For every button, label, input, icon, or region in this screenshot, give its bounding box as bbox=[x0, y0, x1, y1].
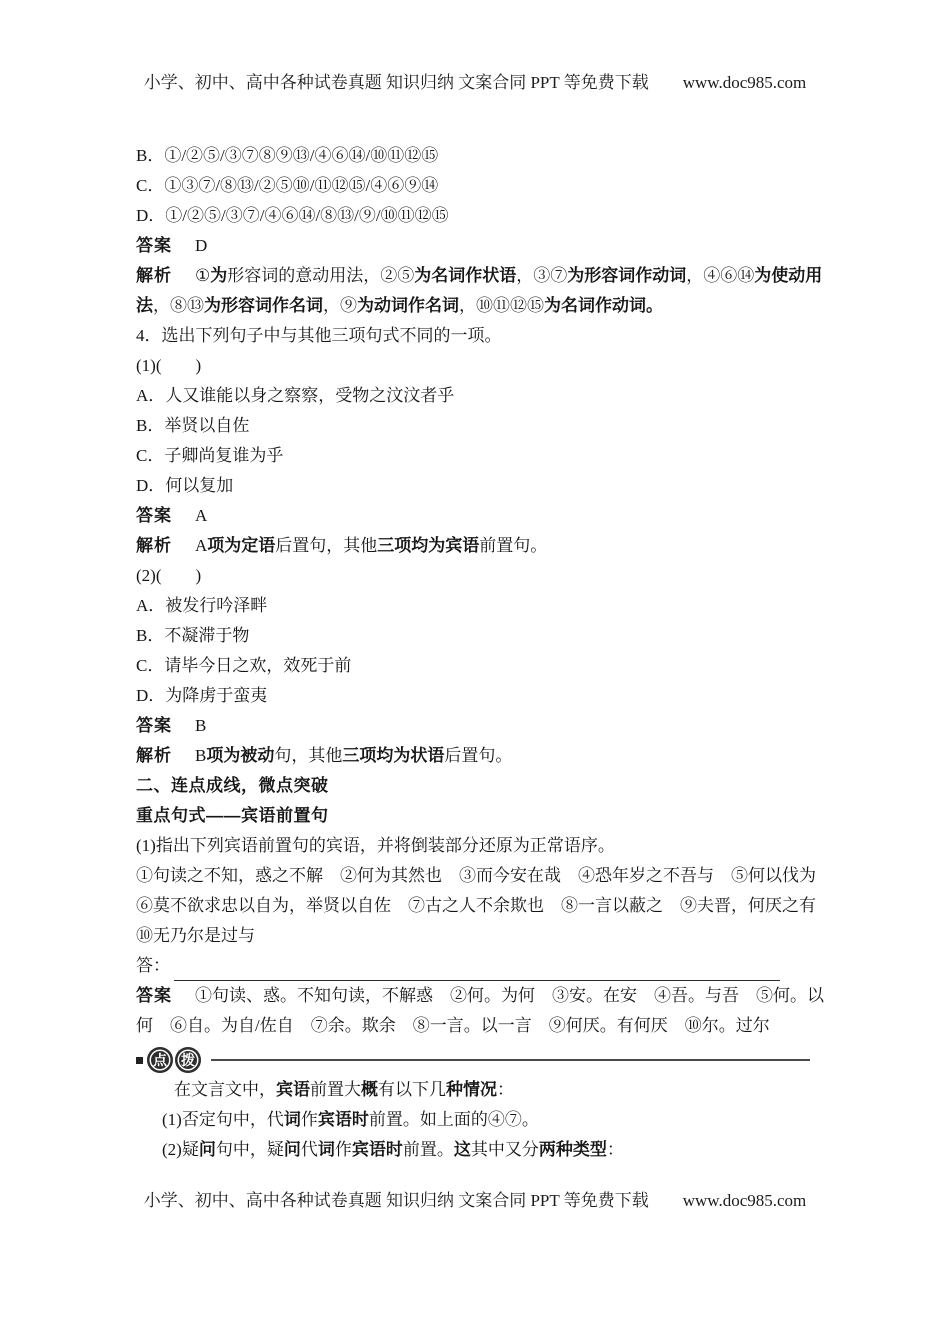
answer-blank-line bbox=[174, 956, 780, 981]
analysis-label: 解析 bbox=[136, 536, 172, 555]
q4-2-analysis-text: B项为被动句，其他三项均为状语后置句。 bbox=[195, 746, 512, 765]
q4-2-option-a: A．被发行吟泽畔 bbox=[136, 591, 818, 621]
analysis-label: 解析 bbox=[136, 746, 172, 765]
section-subheading: 重点句式——宾语前置句 bbox=[136, 801, 818, 831]
q3-answer-row: 答案D bbox=[136, 231, 818, 261]
q4-2-answer-row: 答案B bbox=[136, 711, 818, 741]
page-header: 小学、初中、高中各种试卷真题 知识归纳 文案合同 PPT 等免费下载www.do… bbox=[0, 68, 950, 93]
q4-title: 4．选出下列句子中与其他三项句式不同的一项。 bbox=[136, 321, 818, 351]
tip-line-2: (1)否定句中，代词作宾语时前置。如上面的④⑦。 bbox=[136, 1105, 818, 1135]
q4-2-analysis-row: 解析B项为被动句，其他三项均为状语后置句。 bbox=[136, 741, 818, 771]
answer-label: 答案 bbox=[136, 236, 172, 255]
q3-answer-value: D bbox=[195, 236, 207, 255]
tip-badge: 点 拨 bbox=[136, 1045, 818, 1075]
page-footer: 小学、初中、高中各种试卷真题 知识归纳 文案合同 PPT 等免费下载www.do… bbox=[0, 1186, 950, 1211]
tip-divider-line bbox=[211, 1059, 810, 1061]
q4-1-option-a: A．人又谁能以身之察察，受物之汶汶者乎 bbox=[136, 381, 818, 411]
section2-answer-line1: ①句读、惑。不知句读，不解惑 ②何。为何 ③安。在安 ④吾。与吾 ⑤何。以 bbox=[195, 986, 824, 1005]
document-page: 小学、初中、高中各种试卷真题 知识归纳 文案合同 PPT 等免费下载www.do… bbox=[0, 0, 950, 1344]
q3-option-b: B．①/②⑤/③⑦⑧⑨⑬/④⑥⑭/⑩⑪⑫⑮ bbox=[136, 141, 818, 171]
q4-2-option-c: C．请毕今日之欢，效死于前 bbox=[136, 651, 818, 681]
sentence-list-line-2: ⑥莫不欲求忠以自为，举贤以自佐 ⑦古之人不余欺也 ⑧一言以蔽之 ⑨夫晋，何厌之有 bbox=[136, 891, 818, 921]
q3-analysis-line2: 法，⑧⑬为形容词作名词，⑨为动词作名词，⑩⑪⑫⑮为名词作动词。 bbox=[136, 291, 818, 321]
q4-2-option-b: B．不凝滞于物 bbox=[136, 621, 818, 651]
q4-1-analysis-text: A项为定语后置句，其他三项均为宾语前置句。 bbox=[195, 536, 547, 555]
analysis-label: 解析 bbox=[136, 266, 172, 285]
q4-2-answer-value: B bbox=[195, 716, 206, 735]
q4-1-option-d: D．何以复加 bbox=[136, 471, 818, 501]
footer-site-url: www.doc985.com bbox=[683, 1191, 807, 1210]
section-heading: 二、连点成线，微点突破 bbox=[136, 771, 818, 801]
section2-answer-line2: 何 ⑥自。为自/佐自 ⑦余。欺余 ⑧一言。以一言 ⑨何厌。有何厌 ⑩尔。过尔 bbox=[136, 1011, 818, 1041]
answer-prompt: 答： bbox=[136, 951, 170, 981]
section-intro: (1)指出下列宾语前置句的宾语，并将倒装部分还原为正常语序。 bbox=[136, 831, 818, 861]
answer-label: 答案 bbox=[136, 716, 172, 735]
footer-slogan: 小学、初中、高中各种试卷真题 知识归纳 文案合同 PPT 等免费下载 bbox=[144, 1191, 649, 1210]
q3-analysis-row: 解析①为形容词的意动用法，②⑤为名词作状语，③⑦为形容词作动词，④⑥⑭为使动用 bbox=[136, 261, 818, 291]
q4-1-answer-value: A bbox=[195, 506, 207, 525]
q4-2-option-d: D．为降虏于蛮夷 bbox=[136, 681, 818, 711]
answer-label: 答案 bbox=[136, 986, 172, 1005]
header-slogan: 小学、初中、高中各种试卷真题 知识归纳 文案合同 PPT 等免费下载 bbox=[144, 73, 649, 92]
answer-label: 答案 bbox=[136, 506, 172, 525]
q4-2-stem: (2)( ) bbox=[136, 561, 818, 591]
q4-1-analysis-row: 解析A项为定语后置句，其他三项均为宾语前置句。 bbox=[136, 531, 818, 561]
tip-line-1: 在文言文中，宾语前置大概有以下几种情况： bbox=[136, 1075, 818, 1105]
q4-1-option-b: B．举贤以自佐 bbox=[136, 411, 818, 441]
tip-bullet-square-icon bbox=[136, 1057, 143, 1064]
tip-badge-dian-icon: 点 bbox=[147, 1047, 173, 1073]
q4-1-stem: (1)( ) bbox=[136, 351, 818, 381]
q3-option-c: C．①③⑦/⑧⑬/②⑤⑩/⑪⑫⑮/④⑥⑨⑭ bbox=[136, 171, 818, 201]
document-content: B．①/②⑤/③⑦⑧⑨⑬/④⑥⑭/⑩⑪⑫⑮ C．①③⑦/⑧⑬/②⑤⑩/⑪⑫⑮/④… bbox=[136, 141, 818, 1165]
sentence-list-line-3: ⑩无乃尔是过与 bbox=[136, 921, 818, 951]
q4-1-answer-row: 答案A bbox=[136, 501, 818, 531]
q3-analysis-line1: ①为形容词的意动用法，②⑤为名词作状语，③⑦为形容词作动词，④⑥⑭为使动用 bbox=[195, 266, 822, 285]
tip-badge-bo-icon: 拨 bbox=[175, 1047, 201, 1073]
header-site-url: www.doc985.com bbox=[683, 73, 807, 92]
tip-line-3: (2)疑问句中，疑问代词作宾语时前置。这其中又分两种类型： bbox=[136, 1135, 818, 1165]
answer-write-row: 答： bbox=[136, 951, 818, 981]
sentence-list-line-1: ①句读之不知，惑之不解 ②何为其然也 ③而今安在哉 ④恐年岁之不吾与 ⑤何以伐为 bbox=[136, 861, 818, 891]
section2-answer-row: 答案①句读、惑。不知句读，不解惑 ②何。为何 ③安。在安 ④吾。与吾 ⑤何。以 bbox=[136, 981, 818, 1011]
q3-option-d: D．①/②⑤/③⑦/④⑥⑭/⑧⑬/⑨/⑩⑪⑫⑮ bbox=[136, 201, 818, 231]
q4-1-option-c: C．子卿尚复谁为乎 bbox=[136, 441, 818, 471]
